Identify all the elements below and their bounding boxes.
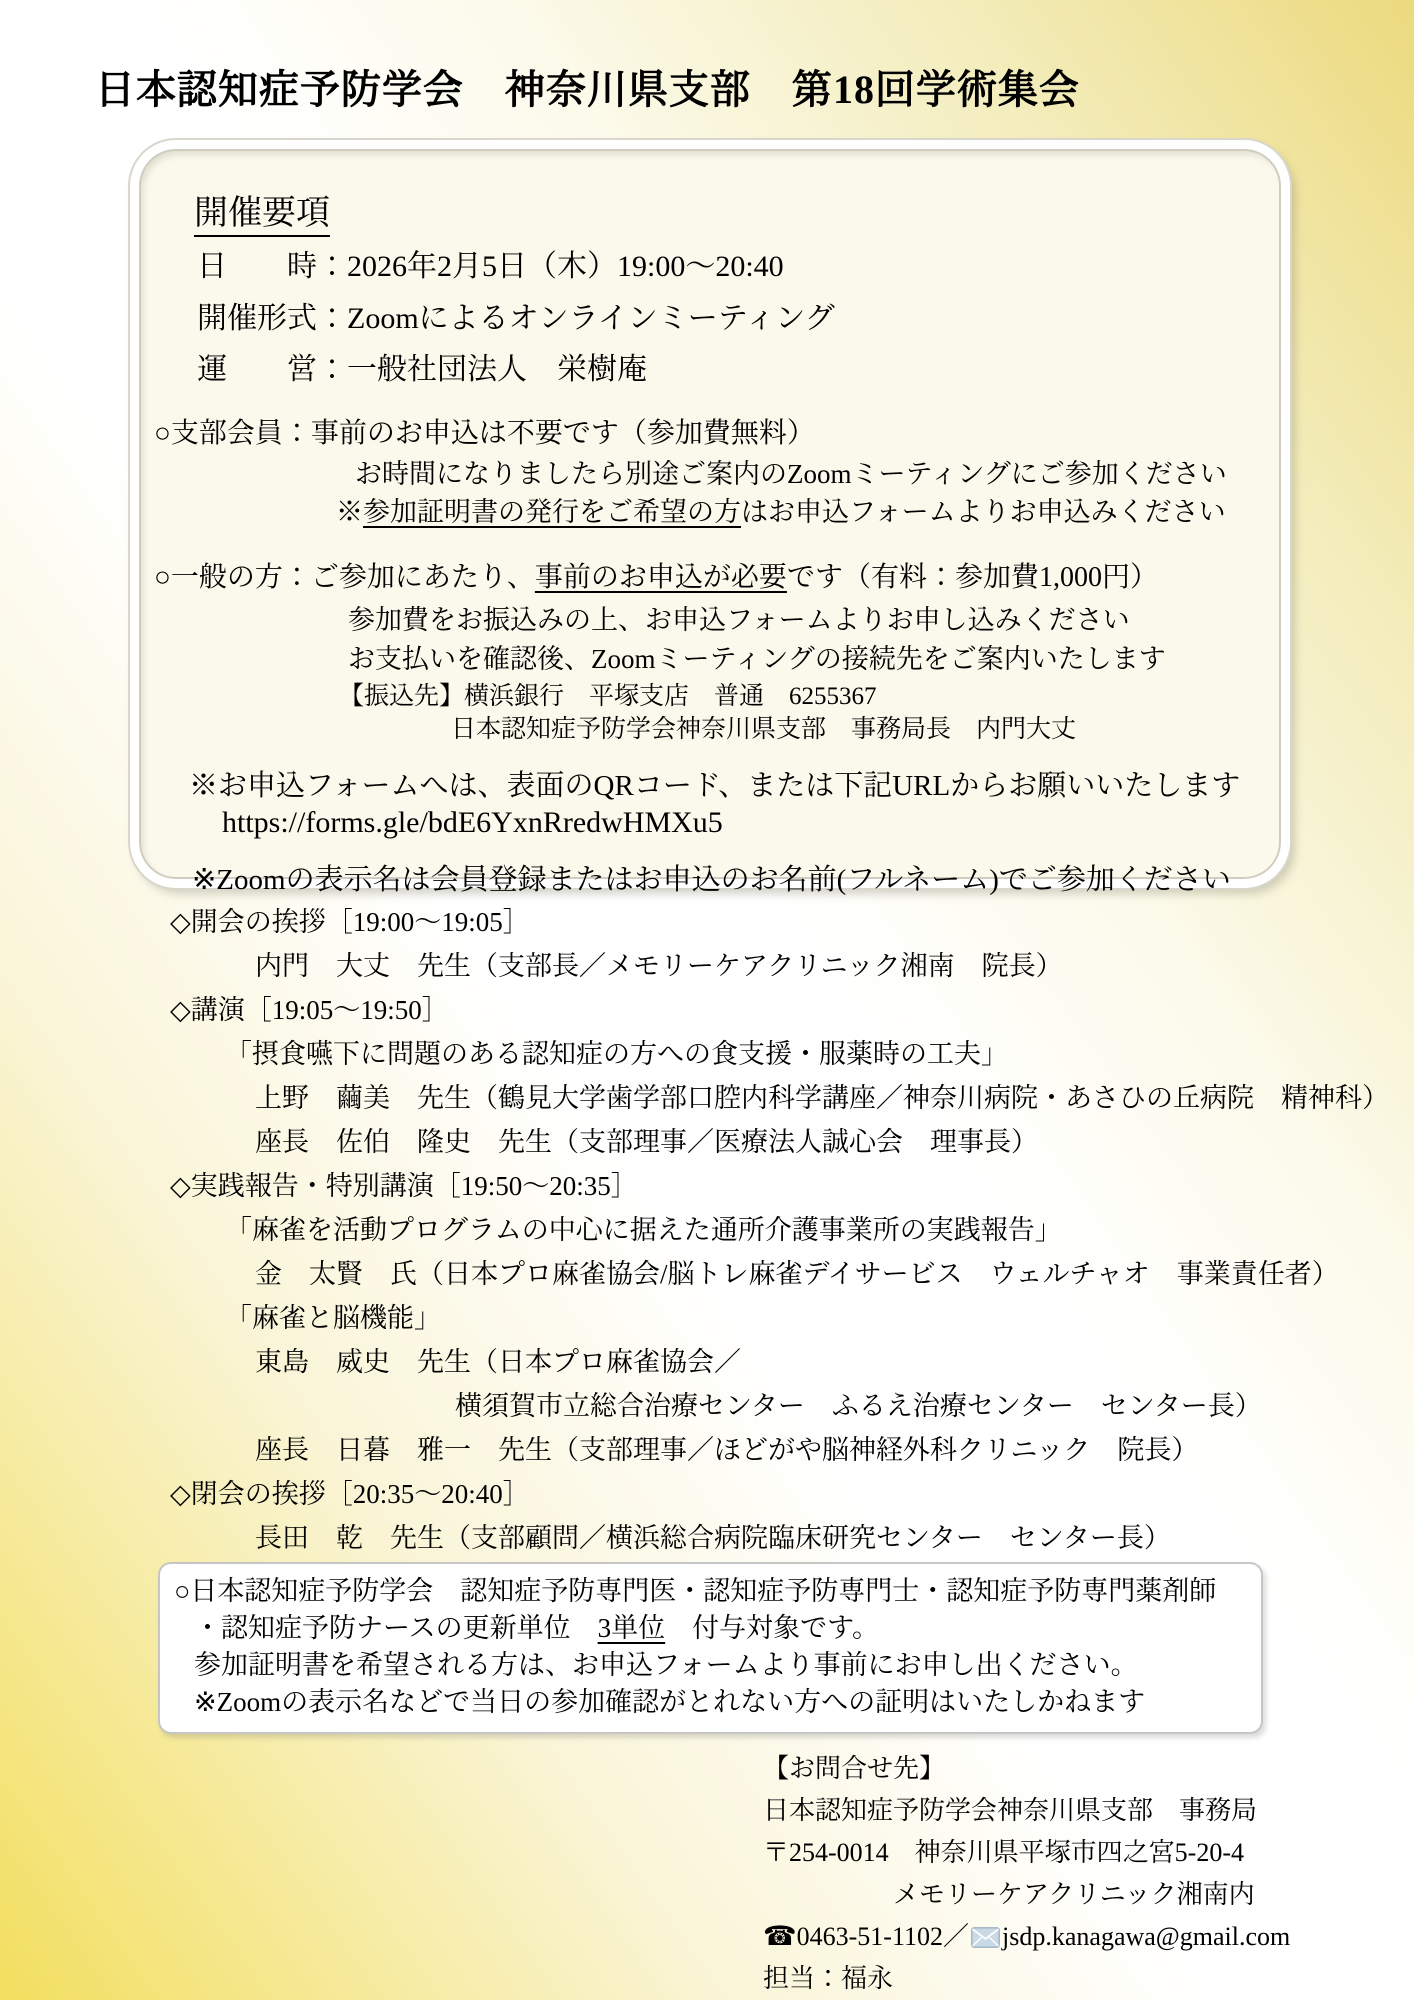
schedule-line-lecture-title: 「摂食嚥下に問題のある認知症の方への食支援・服薬時の工夫」 [170,1032,1410,1076]
schedule-line-speaker: 上野 繭美 先生（鶴見大学歯学部口腔内科学講座／神奈川病院・あさひの丘病院 精神… [170,1076,1410,1120]
flyer-page: 日本認知症予防学会 神奈川県支部 第18回学術集会 開催要項 日 時：2026年… [0,0,1414,2000]
schedule-line-speaker: 金 太賢 氏（日本プロ麻雀協会/脳トレ麻雀デイサービス ウェルチャオ 事業責任者… [170,1252,1410,1296]
mail-icon [971,1927,1000,1948]
program-schedule: ◇開会の挨拶［19:00～19:05］ 内門 大丈 先生（支部長／メモリーケアク… [170,900,1410,1560]
advance-application-underline: 事前のお申込が必要 [535,562,787,593]
event-outline-heading: 開催要項 [194,185,330,234]
event-format-line: 開催形式：Zoomによるオンラインミーティング [197,293,835,337]
contact-building: メモリーケアクリニック湘南内 [763,1874,1290,1916]
contact-email: jsdp.kanagawa@gmail.com [1002,1922,1290,1951]
contact-section: 【お問合せ先】 日本認知症予防学会神奈川県支部 事務局 〒254-0014 神奈… [763,1748,1290,2000]
schedule-line-closing: ◇閉会の挨拶［20:35～20:40］ [170,1472,1410,1516]
application-form-url: https://forms.gle/bdE6YxnRredwHMXu5 [222,806,723,840]
contact-org: 日本認知症予防学会神奈川県支部 事務局 [763,1790,1290,1832]
member-certificate-note: ※参加証明書の発行をご希望の方はお申込フォームよりお申込みください [336,490,1226,529]
general-line-prefix: ○一般の方：ご参加にあたり、 [154,562,535,593]
certification-line-2: ・認知症予防ナースの更新単位 3単位 付与対象です。 [194,1610,1243,1647]
schedule-line-chair: 座長 日暮 雅一 先生（支部理事／ほどがや脳神経外科クリニック 院長） [170,1428,1410,1472]
general-info-line: ○一般の方：ご参加にあたり、事前のお申込が必要です（有料：参加費1,000円） [154,555,1158,595]
general-line-suffix: です（有料：参加費1,000円） [787,562,1158,593]
bank-org-line: 日本認知症予防学会神奈川県支部 事務局長 内門大丈 [451,709,1076,745]
member-join-line: お時間になりましたら別途ご案内のZoomミーティングにご参加ください [355,452,1227,491]
note-mark: ※ [336,497,363,527]
event-operator-line: 運 営：一般社団法人 栄樹庵 [197,344,647,388]
schedule-line-chair: 座長 佐伯 隆史 先生（支部理事／医療法人誠心会 理事長） [170,1120,1410,1164]
units-prefix: ・認知症予防ナースの更新単位 [194,1613,598,1643]
phone-icon: ☎ [763,1921,797,1952]
units-suffix: 付与対象です。 [665,1613,879,1643]
units-underline: 3単位 [598,1613,666,1643]
certification-line-1: ○日本認知症予防学会 認知症予防専門医・認知症予防専門士・認知症予防専門薬剤師 [174,1573,1243,1610]
event-outline-box: 開催要項 日 時：2026年2月5日（木）19:00～20:40 開催形式：Zo… [130,140,1290,888]
schedule-line-lecture: ◇講演［19:05～19:50］ [170,988,1410,1032]
schedule-line-speaker: 長田 乾 先生（支部顧問／横浜総合病院臨床研究センター センター長） [170,1516,1410,1560]
certificate-note-suffix: はお申込フォームよりお申込みください [741,497,1226,527]
schedule-line-report-title: 「麻雀と脳機能」 [170,1296,1410,1340]
contact-postal-address: 〒254-0014 神奈川県平塚市四之宮5-20-4 [763,1832,1290,1874]
schedule-line-speaker: 内門 大丈 先生（支部長／メモリーケアクリニック湘南 院長） [170,944,1410,988]
certificate-request-underline: 参加証明書の発行をご希望の方 [363,497,741,527]
application-form-note: ※お申込フォームへは、表面のQRコード、または下記URLからお願いいたします [189,763,1240,804]
zoom-display-name-note: ※Zoomの表示名は会員登録またはお申込のお名前(フルネーム)でご参加ください [192,857,1231,898]
schedule-line-speaker-continued: 横須賀市立総合治療センター ふるえ治療センター センター長） [170,1384,1410,1428]
general-confirmation-line: お支払いを確認後、Zoomミーティングの接続先をご案内いたします [348,637,1166,676]
bank-transfer-line: 【振込先】横浜銀行 平塚支店 普通 6255367 [339,676,877,712]
schedule-line-opening: ◇開会の挨拶［19:00～19:05］ [170,900,1410,944]
contact-person: 担当：福永 [763,1958,1290,2000]
contact-phone: 0463-51-1102 [797,1922,943,1951]
general-payment-line: 参加費をお振込みの上、お申込フォームよりお申し込みください [348,598,1130,637]
member-info-line: ○支部会員：事前のお申込は不要です（参加費無料） [154,411,815,451]
contact-phone-email-line: ☎0463-51-1102／jsdp.kanagawa@gmail.com [763,1916,1290,1958]
event-outline-heading-text: 開催要項 [194,195,330,237]
contact-heading: 【お問合せ先】 [763,1748,1290,1790]
certification-line-3: 参加証明書を希望される方は、お申込フォームより事前にお申し出ください。 [194,1647,1243,1684]
schedule-line-speaker: 東島 威史 先生（日本プロ麻雀協会／ [170,1340,1410,1384]
schedule-line-report: ◇実践報告・特別講演［19:50～20:35］ [170,1164,1410,1208]
page-title: 日本認知症予防学会 神奈川県支部 第18回学術集会 [95,58,1080,115]
contact-separator: ／ [943,1922,969,1951]
event-date-line: 日 時：2026年2月5日（木）19:00～20:40 [197,241,784,285]
schedule-line-report-title: 「麻雀を活動プログラムの中心に据えた通所介護事業所の実践報告」 [170,1208,1410,1252]
certification-line-4: ※Zoomの表示名などで当日の参加確認がとれない方への証明はいたしかねます [194,1684,1243,1721]
certification-box: ○日本認知症予防学会 認知症予防専門医・認知症予防専門士・認知症予防専門薬剤師 … [158,1562,1263,1734]
